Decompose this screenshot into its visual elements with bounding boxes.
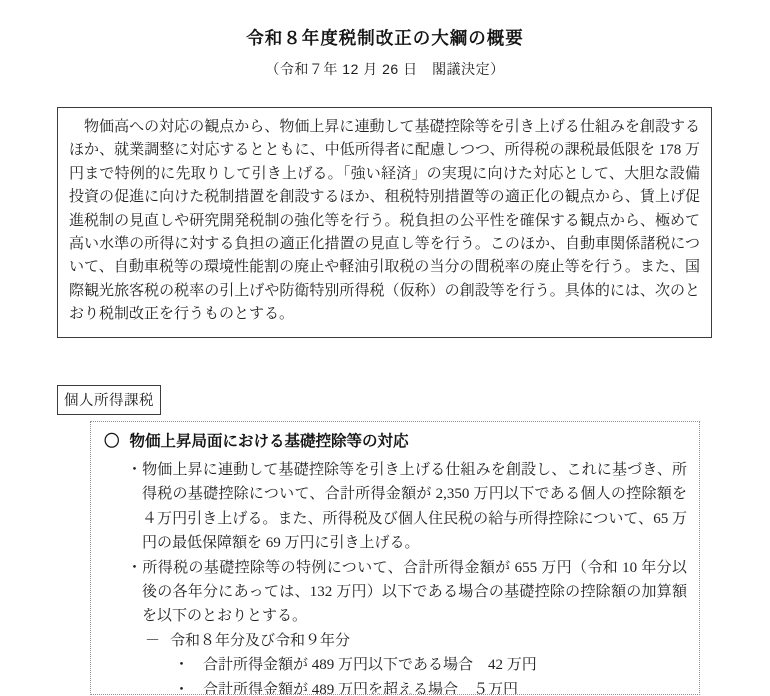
section-label-personal-income-tax: 個人所得課税 [57, 385, 161, 415]
sub-bullet-text-1: 合計所得金額が 489 万円以下である場合 42 万円 [203, 657, 537, 673]
document-page: 令和８年度税制改正の大綱の概要 （令和７年 12 月 26 日 閣議決定） 物価… [0, 0, 770, 696]
sub-bullet-text-2: 合計所得金額が 489 万円を超える場合 ５万円 [203, 682, 518, 695]
sub-bullet-item-1: ・合計所得金額が 489 万円以下である場合 42 万円 [174, 653, 687, 677]
bullet-item-2: ・所得税の基礎控除等の特例について、合計所得金額が 655 万円（令和 10 年… [127, 556, 687, 629]
topic-heading-text: 物価上昇局面における基礎控除等の対応 [130, 433, 409, 450]
dash-item-label: 令和８年分及び令和９年分 [170, 633, 350, 649]
circle-marker: 〇 [104, 433, 120, 450]
sub-bullet-marker: ・ [174, 682, 189, 695]
sub-bullet-item-2: ・合計所得金額が 489 万円を超える場合 ５万円 [174, 678, 687, 695]
dash-marker: － [145, 633, 160, 649]
bullet-text-2: 所得税の基礎控除等の特例について、合計所得金額が 655 万円（令和 10 年分… [142, 560, 687, 625]
topic-box-basic-deduction: 〇物価上昇局面における基礎控除等の対応 ・物価上昇に連動して基礎控除等を引き上げ… [90, 421, 700, 695]
bullet-marker: ・ [127, 462, 142, 478]
summary-paragraph: 物価高への対応の観点から、物価上昇に連動して基礎控除等を引き上げる仕組みを創設す… [69, 116, 700, 327]
page-title: 令和８年度税制改正の大綱の概要 [0, 25, 770, 50]
summary-box: 物価高への対応の観点から、物価上昇に連動して基礎控除等を引き上げる仕組みを創設す… [57, 107, 712, 338]
bullet-item-1: ・物価上昇に連動して基礎控除等を引き上げる仕組みを創設し、これに基づき、所得税の… [127, 458, 687, 556]
cabinet-decision-date: （令和７年 12 月 26 日 閣議決定） [0, 59, 770, 79]
bullet-text-1: 物価上昇に連動して基礎控除等を引き上げる仕組みを創設し、これに基づき、所得税の基… [142, 462, 687, 551]
topic-heading: 〇物価上昇局面における基礎控除等の対応 [104, 430, 687, 454]
sub-bullet-marker: ・ [174, 657, 189, 673]
bullet-marker: ・ [127, 560, 142, 576]
dash-item-year-group: －令和８年分及び令和９年分 [145, 629, 687, 653]
